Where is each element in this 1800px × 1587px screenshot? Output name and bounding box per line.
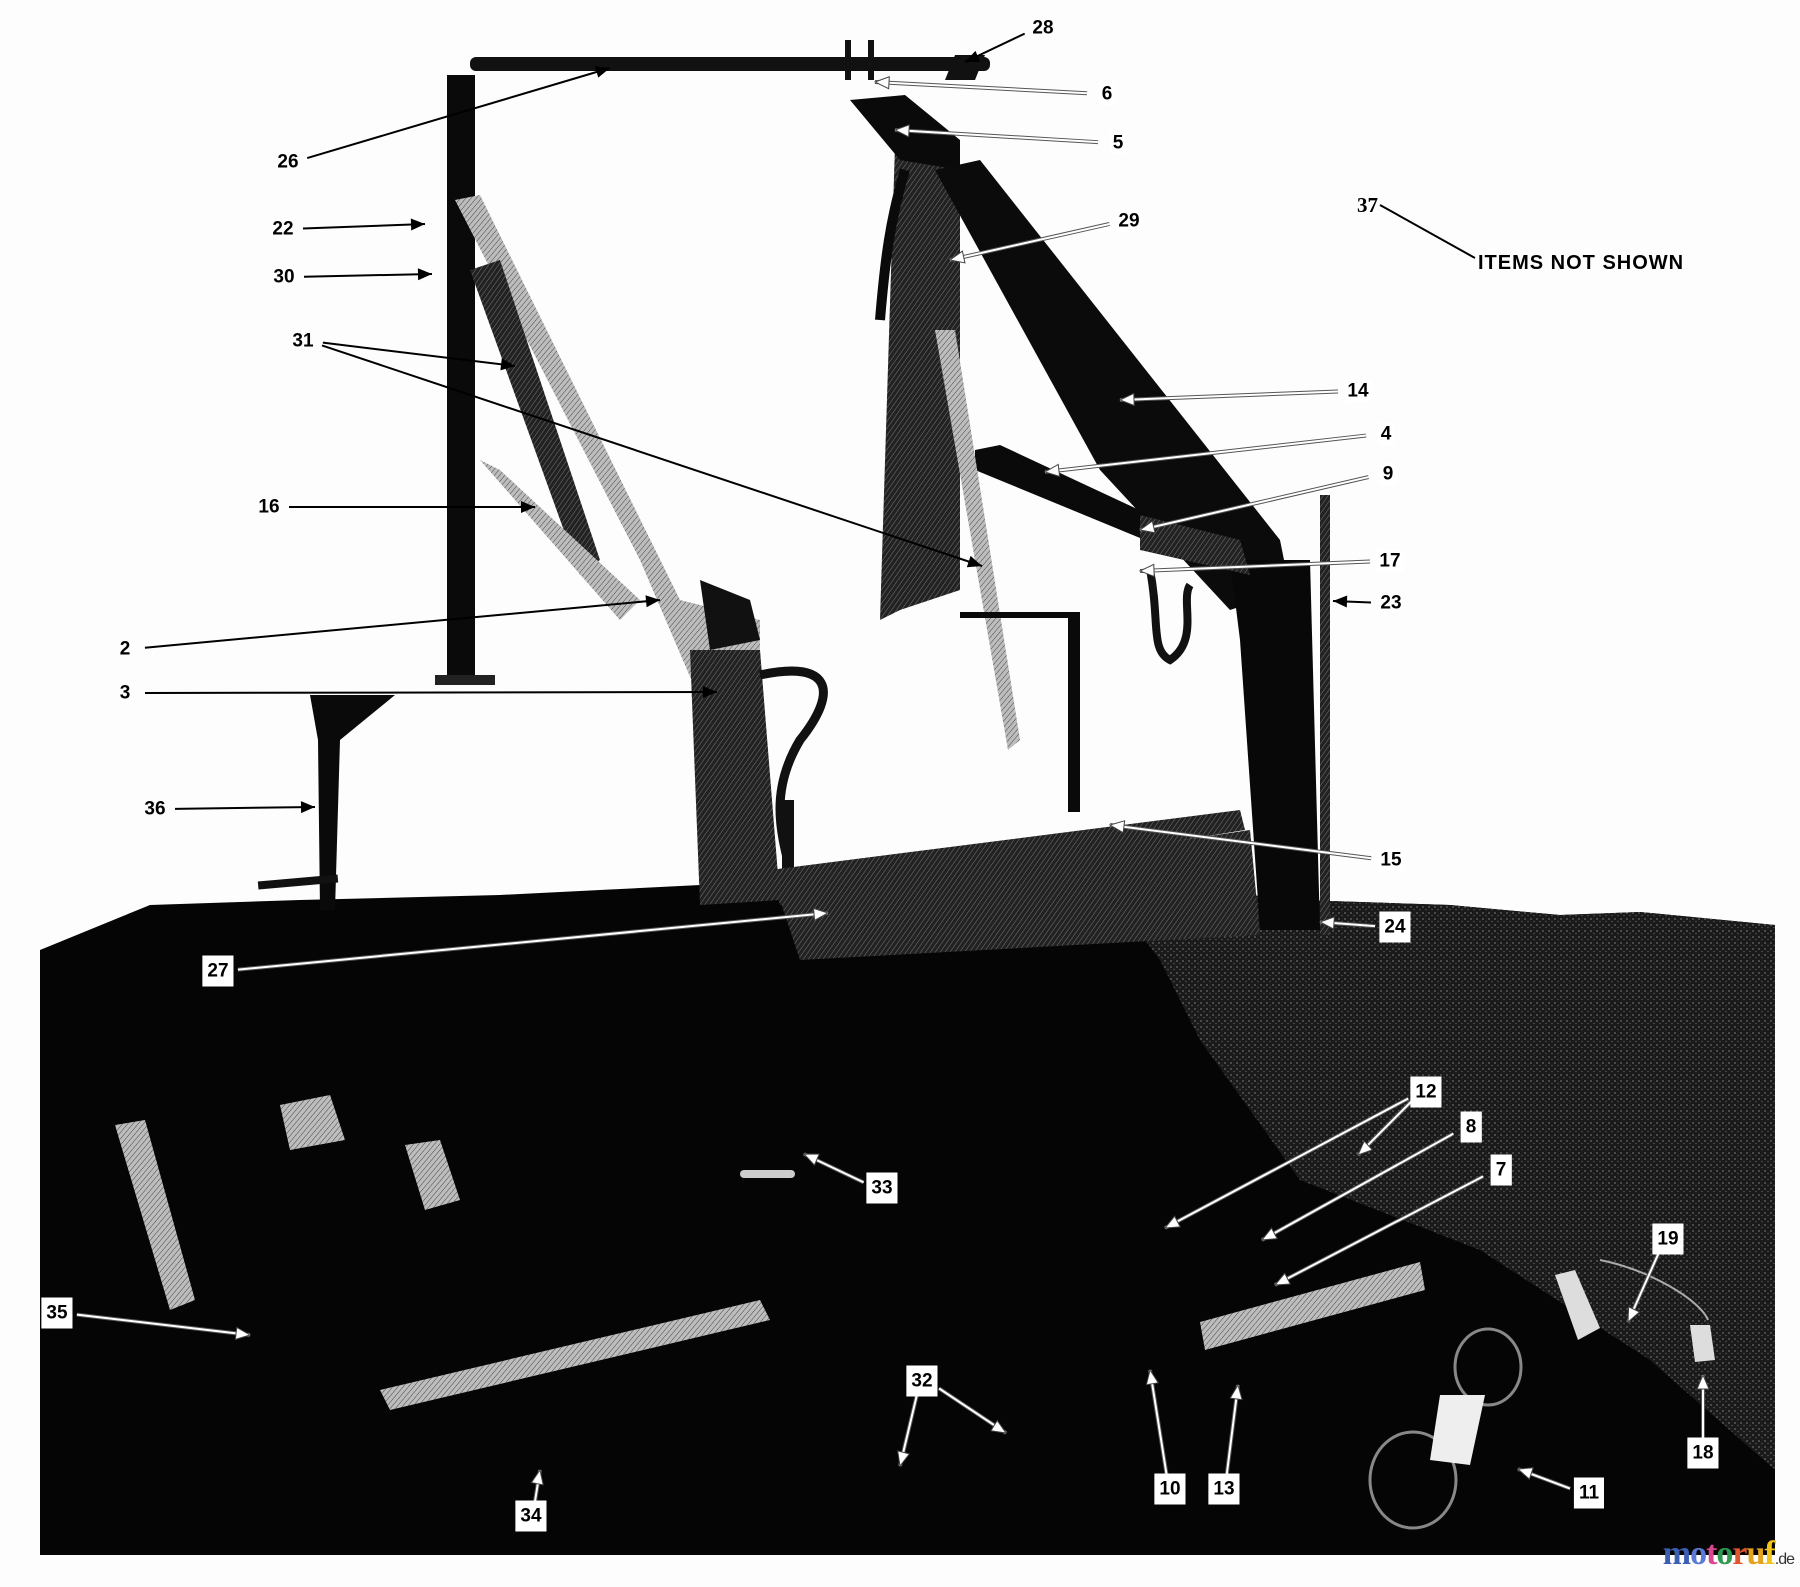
- callout-arrow-line: [303, 224, 425, 229]
- threaded-rod: [470, 57, 990, 71]
- arrowhead-icon: [1333, 595, 1347, 607]
- arrowhead-icon: [595, 66, 610, 78]
- callout-label-29: 29: [1115, 210, 1142, 233]
- parts-diagram: 2865262230293114491617232336152427128733…: [0, 0, 1800, 1587]
- callout-label-19: 19: [1652, 1224, 1683, 1255]
- callout-label-32: 32: [906, 1366, 937, 1397]
- callout-label-33: 33: [866, 1173, 897, 1204]
- callout-label-6: 6: [1099, 83, 1116, 106]
- callout-arrow-line: [145, 600, 660, 648]
- callout-label-2: 2: [120, 640, 131, 659]
- callout-label-18: 18: [1687, 1438, 1718, 1469]
- callout-label-16: 16: [258, 498, 279, 517]
- callout-label-30: 30: [273, 268, 294, 287]
- callout-label-26: 26: [277, 153, 298, 172]
- callout-label-10: 10: [1154, 1474, 1185, 1505]
- callout-arrow-line: [145, 692, 717, 693]
- callout-label-4: 4: [1378, 423, 1395, 446]
- callout-label-15: 15: [1377, 849, 1404, 872]
- callout-arrow-line: [304, 274, 432, 277]
- arrowhead-icon: [875, 77, 889, 89]
- watermark-letter: r: [1732, 1535, 1746, 1573]
- callout-label-9: 9: [1380, 463, 1397, 486]
- callout-label-14: 14: [1344, 380, 1371, 403]
- left-upright: [447, 75, 475, 680]
- watermark-letter: f: [1764, 1535, 1774, 1573]
- callout-label-22: 22: [272, 220, 293, 239]
- watermark-letter: u: [1747, 1535, 1765, 1573]
- callout-label-23: 23: [1380, 594, 1401, 613]
- items-not-shown-note: ITEMS NOT SHOWN: [1478, 252, 1684, 275]
- watermark-letter: t: [1706, 1535, 1716, 1573]
- arrowhead-icon: [301, 801, 315, 813]
- watermark-logo: motoruf.de: [1663, 1535, 1794, 1573]
- watermark-letter: m: [1663, 1535, 1690, 1573]
- callout-label-8: 8: [1461, 1112, 1482, 1143]
- callout-label-24: 24: [1379, 912, 1410, 943]
- callout-label-13: 13: [1208, 1474, 1239, 1505]
- callout-label-34: 34: [515, 1501, 546, 1532]
- callout-label-12: 12: [1410, 1077, 1441, 1108]
- arrowhead-icon: [418, 268, 432, 280]
- watermark-letter: o: [1716, 1535, 1732, 1573]
- callout-arrow-line: [875, 82, 1087, 93]
- note-item-number: 37: [1357, 193, 1378, 218]
- callout-label-17: 17: [1376, 550, 1403, 573]
- callout-label-35: 35: [41, 1298, 72, 1329]
- callout-label-28: 28: [1032, 19, 1053, 38]
- callout-label-5: 5: [1110, 132, 1127, 155]
- callout-label-27: 27: [202, 956, 233, 987]
- callout-label-11: 11: [1574, 1478, 1604, 1509]
- loader-photo: [0, 0, 1800, 1587]
- callout-label-36: 36: [144, 800, 165, 819]
- callout-label-7: 7: [1491, 1155, 1512, 1186]
- watermark-suffix: .de: [1775, 1551, 1794, 1568]
- arrowhead-icon: [411, 218, 425, 230]
- callout-label-3: 3: [120, 684, 131, 703]
- callout-arrow-line: [175, 807, 315, 809]
- watermark-letter: o: [1690, 1535, 1706, 1573]
- note-leader-line: [1380, 205, 1475, 258]
- callout-arrow-line: [322, 345, 982, 566]
- callout-label-31: 31: [292, 332, 313, 351]
